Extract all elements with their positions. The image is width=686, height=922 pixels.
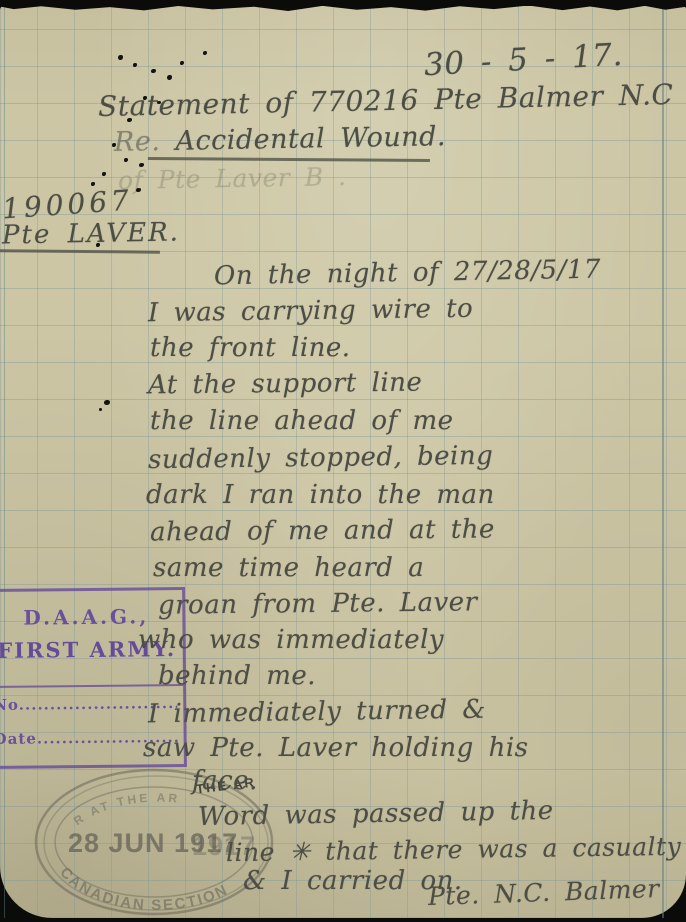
handwriting-line: I immediately turned & bbox=[148, 695, 486, 730]
margin-rule-left bbox=[4, 6, 5, 918]
handwriting-line: ahead of me and at the bbox=[150, 514, 495, 547]
erased-note: of Pte Laver B . bbox=[118, 162, 347, 195]
daag-stamp-divider bbox=[0, 684, 183, 688]
handwriting-line: the front line. bbox=[150, 333, 351, 363]
handwriting-line: groan from Pte. Laver bbox=[158, 587, 478, 620]
scan-background: { "document": { "date": "30 - 5 - 17.", … bbox=[0, 0, 686, 922]
handwriting-line: Word was passed up the bbox=[198, 796, 554, 832]
handwriting-line: same time heard a bbox=[153, 553, 424, 583]
handwriting-line: suddenly stopped, being bbox=[148, 441, 494, 475]
margin-rule-right bbox=[662, 6, 664, 918]
reference-underline bbox=[0, 229, 160, 253]
handwriting-line: I was carrying wire to bbox=[148, 294, 474, 329]
handwriting-line: dark I ran into the man bbox=[146, 480, 495, 510]
handwriting-line: behind me. bbox=[158, 661, 316, 691]
handwriting-line: face. bbox=[192, 766, 258, 796]
date-label: Date bbox=[0, 730, 37, 748]
no-label: No bbox=[0, 696, 19, 714]
subject-underline bbox=[148, 135, 430, 162]
stamp-top-arc-text: R AT THE AR bbox=[71, 790, 181, 828]
handwriting-line: who was immediately bbox=[138, 625, 444, 655]
handwriting-line: the line ahead of me bbox=[150, 406, 454, 436]
handwriting-line: saw Pte. Laver holding his bbox=[143, 733, 529, 763]
handwriting-line: At the support line bbox=[148, 368, 423, 401]
